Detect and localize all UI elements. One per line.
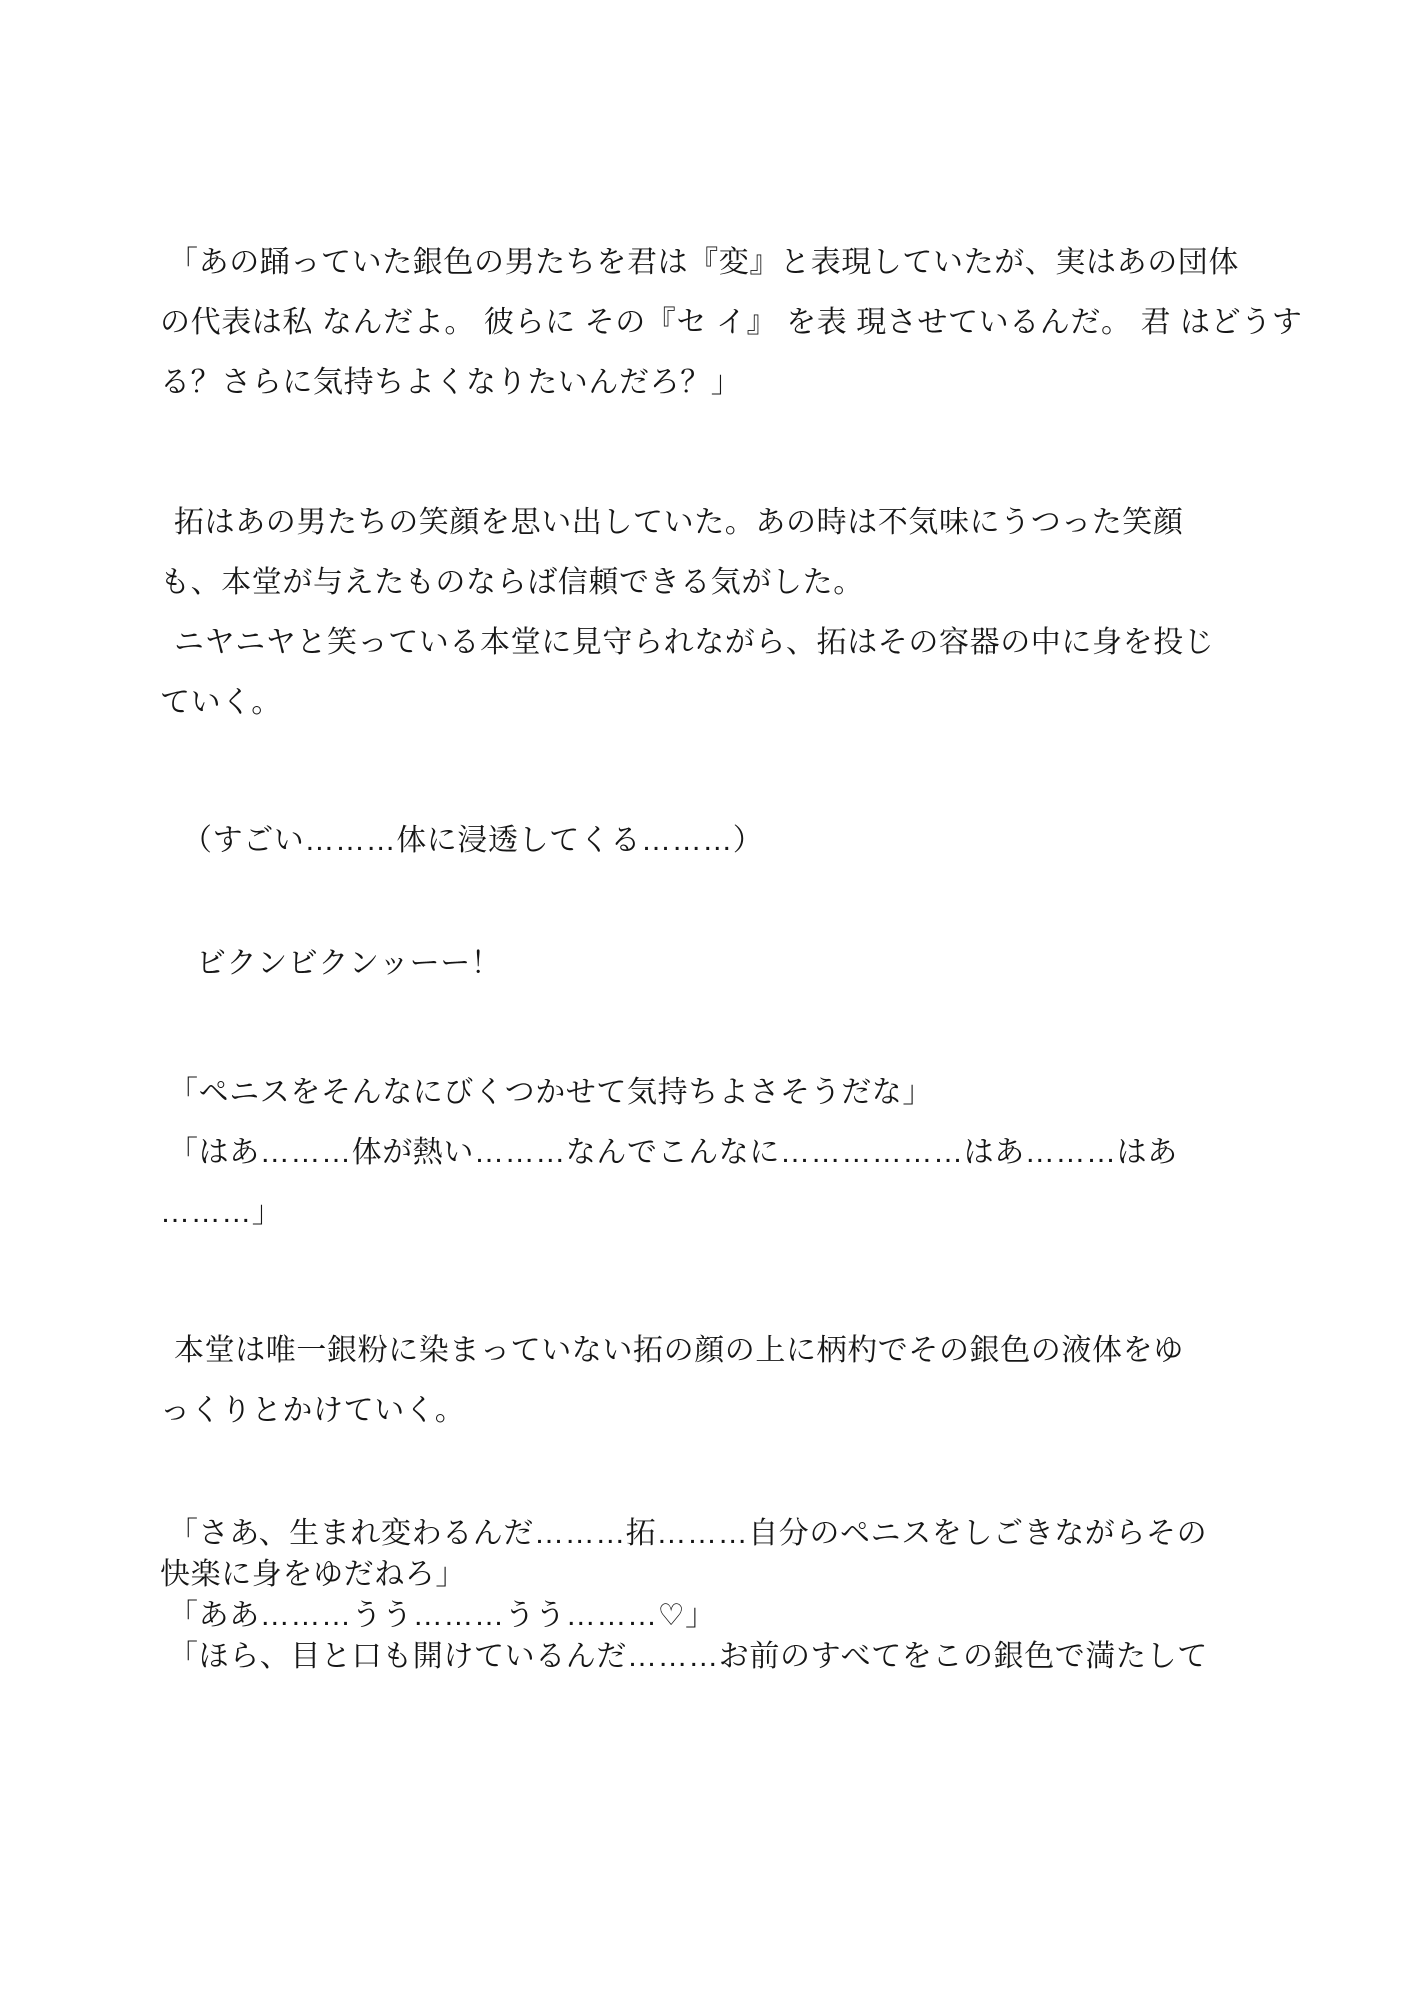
- text-line: 「ペニスをそんなにびくつかせて気持ちよさそうだな」: [160, 1063, 1280, 1123]
- text-line: 「さあ、生まれ変わるんだ………拓………自分のペニスをしごきながらその: [160, 1513, 1280, 1554]
- text-line: ビクンビクンッーー！: [160, 934, 1280, 994]
- text-line: 「はあ………体が熱い………なんでこんなに………………はあ………はあ: [160, 1123, 1280, 1183]
- text-line: 本堂は唯一銀粉に染まっていない拓の顔の上に柄杓でその銀色の液体をゆ: [160, 1321, 1280, 1381]
- text-line: ニヤニヤと笑っている本堂に見守られながら、拓はその容器の中に身を投じ: [160, 613, 1280, 673]
- text-content: 「あの踊っていた銀色の男たちを君は『変』と表現していたが、実はあの団体 の代表は…: [160, 233, 1280, 1677]
- text-line: （すごい………体に浸透してくる………）: [160, 811, 1280, 871]
- paragraph-sfx: ビクンビクンッーー！: [160, 934, 1280, 994]
- text-line: も、本堂が与えたものならば信頼できる気がした。: [160, 553, 1280, 613]
- paragraph-narration-1: 拓はあの男たちの笑顔を思い出していた。あの時は不気味にうつった笑顔 も、本堂が与…: [160, 493, 1280, 733]
- text-line: ………」: [160, 1183, 1280, 1243]
- text-line: ていく。: [160, 673, 1280, 733]
- document-page: 「あの踊っていた銀色の男たちを君は『変』と表現していたが、実はあの団体 の代表は…: [0, 0, 1414, 2000]
- text-line: 快楽に身をゆだねろ」: [160, 1554, 1280, 1595]
- text-line: 拓はあの男たちの笑顔を思い出していた。あの時は不気味にうつった笑顔: [160, 493, 1280, 553]
- text-line: 「ああ………うう………うう………♡」: [160, 1595, 1280, 1636]
- text-line: 「ほら、目と口も開けているんだ………お前のすべてをこの銀色で満たして: [160, 1636, 1280, 1677]
- paragraph-dialogue-3: 「さあ、生まれ変わるんだ………拓………自分のペニスをしごきながらその 快楽に身を…: [160, 1513, 1280, 1677]
- paragraph-dialogue-intro: 「あの踊っていた銀色の男たちを君は『変』と表現していたが、実はあの団体 の代表は…: [160, 233, 1280, 413]
- text-line: の代表は私 なんだよ。 彼らに その『セ イ』 を表 現させているんだ。 君 は…: [160, 293, 1280, 353]
- text-line: 「あの踊っていた銀色の男たちを君は『変』と表現していたが、実はあの団体: [160, 233, 1280, 293]
- paragraph-inner-thought: （すごい………体に浸透してくる………）: [160, 811, 1280, 871]
- paragraph-narration-2: 本堂は唯一銀粉に染まっていない拓の顔の上に柄杓でその銀色の液体をゆ っくりとかけ…: [160, 1321, 1280, 1441]
- text-line: っくりとかけていく。: [160, 1381, 1280, 1441]
- paragraph-dialogue-2: 「ペニスをそんなにびくつかせて気持ちよさそうだな」 「はあ………体が熱い………な…: [160, 1063, 1280, 1243]
- text-line: る？さらに気持ちよくなりたいんだろ？」: [160, 353, 1280, 413]
